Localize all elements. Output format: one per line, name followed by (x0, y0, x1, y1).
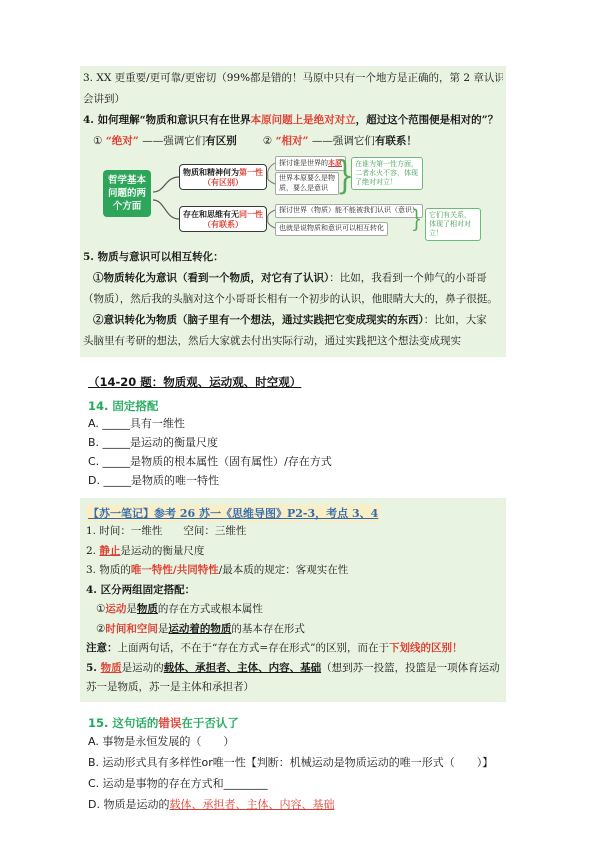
branch2-sub: （有联系） (181, 219, 265, 229)
q15-option-c: C. 运动是事物的存在方式和________ (88, 773, 506, 794)
item-4-post: ，超过这个范围便是相对的”？ (356, 114, 499, 126)
circled-2-group: ② “相对” ——强调它们有联系！ (263, 135, 417, 147)
section-question-15: 15. 这句话的错误在于否认了 A. 事物是永恒发展的（ ） B. 运动形式具有… (80, 716, 506, 815)
note-2-post: 是运动的衡量尺度 (120, 545, 204, 557)
note-5-pre: ① (96, 603, 105, 615)
note-7-red: 下划线的区别！ (389, 642, 463, 654)
note2-text: 它们有关系，体现了相对对立！ (429, 211, 471, 237)
sub2b-text: 也就是说物质和意识可以相互转化 (279, 224, 384, 232)
item-5-title: 5. 物质与意识可以相互转化： (83, 247, 503, 268)
note-line-4: 4. 区分两组固定搭配： (86, 581, 500, 601)
branch1-line1: 物质和精神何为第一性 (181, 167, 265, 177)
root-node-label: 哲学基本问题的两个方面 (108, 175, 146, 212)
absolute-term: “绝对” (106, 135, 139, 147)
item-4-pre: 4. 如何理解“物质和意识只有在世界 (83, 114, 251, 126)
section-basic-question: 3. XX 更重要/更可靠/更密切（99%都是错的！马原中只有一个地方是正确的，… (80, 66, 506, 357)
note-5-red: 运动 (105, 603, 126, 615)
branch1-pre: 物质和精神何为 (183, 167, 239, 177)
note-line-9: 苏一是物质，苏一是主体和承担者） (86, 678, 500, 698)
q15-option-a-text: A. 事物是永恒发展的（ ） (88, 735, 234, 748)
item-3-line-2: 会讲到） (83, 89, 503, 110)
item-3-line-1: 3. XX 更重要/更可靠/更密切（99%都是错的！马原中只有一个地方是正确的，… (83, 68, 503, 89)
branch2-pre: 存在和思维有无 (183, 209, 239, 219)
notes-title: 【苏一笔记】参考 26 苏一《思维导图》P2-3，考点 3、4 (86, 505, 380, 522)
item-3-text: 3. XX 更重要/更可靠/更密切（99%都是错的！马原中只有一个地方是正确的，… (83, 72, 503, 84)
item-5-title-text: 5. 物质与意识可以相互转化： (83, 251, 224, 263)
circled-1: ① (93, 135, 106, 147)
note-7-bold: 注意： (86, 642, 118, 654)
note-3-post: /最本质的规定：客观实在性 (219, 564, 349, 576)
note-8-mid: 是运动的 (122, 662, 164, 674)
item-5-line-1: ①物质转化为意识（看到一个物质，对它有了认识）：比如，我看到一个帅气的小哥哥 (83, 268, 503, 289)
suyi-notes-box: 【苏一笔记】参考 26 苏一《思维导图》P2-3，考点 3、4 1. 时间：一维… (80, 498, 506, 702)
item-5-line-3: ②意识转化为物质（脑子里有一个想法，通过实践把它变成现实的东西）：比如，大家 (83, 310, 503, 331)
note-6-pre: ② (96, 623, 105, 635)
q14-option-b-text: B. _____是运动的衡量尺度 (88, 436, 218, 449)
relative-bold: 有联系！ (375, 135, 417, 147)
circled-2: ② (263, 135, 276, 147)
q15-option-d-pre: D. 物质是运动的 (88, 798, 169, 811)
item-5-l1-bold: ①物质转化为意识（看到一个物质，对它有了认识） (93, 272, 329, 284)
note-5-mid: 是 (126, 603, 137, 615)
q15-option-d-red: 载体、承担者、主体、内容、基础 (169, 798, 334, 811)
item-5-l4-text: 头脑里有考研的想法，然后大家就去付出实际行动，通过实践把这个想法变成现实 (83, 335, 461, 347)
sub-node-origin-detail: 世界本原要么是物质，要么是意识 (275, 172, 339, 195)
document-page: 3. XX 更重要/更可靠/更密切（99%都是错的！马原中只有一个地方是正确的，… (0, 0, 596, 842)
branch1-red: 第一性 (239, 167, 263, 177)
q15-option-b: B. 运动形式具有多样性or唯一性【判断：机械运动是物质运动的唯一形式（ ）】 (88, 752, 506, 773)
question-14-title-text: 14. 固定搭配 (88, 399, 158, 413)
sub1a-pre: 探讨谁是世界的 (279, 159, 328, 167)
item-5-line-4: 头脑里有考研的想法，然后大家就去付出实际行动，通过实践把这个想法变成现实 (83, 331, 503, 352)
document-content: 3. XX 更重要/更可靠/更密切（99%都是错的！马原中只有一个地方是正确的，… (80, 66, 506, 815)
q15-option-d: D. 物质是运动的载体、承担者、主体、内容、基础 (88, 794, 506, 815)
note-6-post: 的基本存在形式 (231, 623, 305, 635)
root-node: 哲学基本问题的两个方面 (103, 170, 151, 217)
note-8-post: （想到苏一投篮，投篮是一项体育运动， (321, 662, 500, 674)
q14-option-d: D. _____是物质的唯一特性 (88, 471, 506, 490)
note-8-underlined: 载体、承担者、主体、内容、基础 (164, 662, 322, 674)
branch2-red: 同一性 (239, 209, 263, 219)
note-absolute-opposition: 在谁为第一性方面，二者水火不容，体现了绝对对立！ (351, 157, 423, 190)
q15-option-b-text: B. 运动形式具有多样性or唯一性【判断：机械运动是物质运动的唯一形式（ ）】 (88, 756, 493, 769)
note-1-text: 1. 时间：一维性 空间：三维性 (86, 525, 246, 537)
q14-option-a-text: A. _____具有一维性 (88, 417, 185, 430)
note-2-pre: 2. (86, 545, 99, 557)
absolute-bold: 有区别 (205, 135, 237, 147)
q15-option-c-text: C. 运动是事物的存在方式和________ (88, 777, 268, 790)
q14-option-b: B. _____是运动的衡量尺度 (88, 433, 506, 452)
question-range-header: （14-20 题：物质观、运动观、时空观） (88, 374, 301, 390)
question-15-title: 15. 这句话的错误在于否认了 (88, 716, 506, 731)
note-9-text: 苏一是物质，苏一是主体和承担者） (86, 681, 254, 693)
note-2-red: 静止 (99, 545, 120, 557)
note-4-text: 4. 区分两组固定搭配： (86, 584, 195, 596)
sub2a-text: 探讨世界（物质）能不能被我们认识（意识） (279, 206, 419, 214)
sub1b-text: 世界本原要么是物质，要么是意识 (279, 174, 335, 192)
q15-title-red: 错误 (158, 716, 181, 730)
q15-option-a: A. 事物是永恒发展的（ ） (88, 731, 506, 752)
brace-icon: } (411, 206, 422, 232)
note-3-pre: 3. 物质的 (86, 564, 131, 576)
note-line-3: 3. 物质的唯一特性/共同特性/最本质的规定：客观实在性 (86, 561, 500, 581)
note-line-2: 2. 静止是运动的衡量尺度 (86, 542, 500, 562)
branch2-line1: 存在和思维有无同一性 (181, 209, 265, 219)
note-6-underlined: 运动着的物质 (168, 623, 231, 635)
item-3-text-cont: 会讲到） (83, 93, 125, 105)
note1-text: 在谁为第一性方面，二者水火不容，体现了绝对对立！ (355, 160, 418, 186)
branch1-sub: （有区别） (181, 177, 265, 187)
note-line-1: 1. 时间：一维性 空间：三维性 (86, 522, 500, 542)
note-5-post: 的存在方式或根本属性 (158, 603, 263, 615)
sub-node-transform: 也就是说物质和意识可以相互转化 (275, 222, 388, 236)
note-line-6: ②时间和空间是运动着的物质的基本存在形式 (86, 620, 500, 640)
philosophy-mindmap-diagram: 哲学基本问题的两个方面 物质和精神何为第一性 （有区别） 存在和思维有无同一性 … (83, 154, 503, 244)
item-5-l3-rest: ：比如，大家 (424, 314, 487, 326)
item-4-sub-line: ① “绝对” ——强调它们有区别② “相对” ——强调它们有联系！ (83, 131, 503, 152)
q14-option-c: C. _____是物质的根本属性（固有属性）/存在方式 (88, 452, 506, 471)
q15-title-post: 在于否认了 (181, 716, 239, 730)
item-5-line-2: （物质），然后我的头脑对这个小哥哥长相有一个初步的认识，他眼睛大大的，鼻子很挺。 (83, 289, 503, 310)
q14-option-d-text: D. _____是物质的唯一特性 (88, 474, 219, 487)
range-header-text: （14-20 题：物质观、运动观、时空观） (88, 375, 301, 389)
note-line-5: ①运动是物质的存在方式或根本属性 (86, 600, 500, 620)
note-8-red: 物质 (101, 662, 122, 674)
relative-desc: ——强调它们 (309, 135, 375, 147)
note-3-red: 唯一特性/共同特性 (131, 564, 219, 576)
note-line-7: 注意：上面两句话，不在于“存在方式=存在形式”的区别，而在于下划线的区别！ (86, 639, 500, 659)
item-5-l1-rest: ：比如，我看到一个帅气的小哥哥 (329, 272, 487, 284)
question-14-title: 14. 固定搭配 (88, 399, 506, 414)
note-6-mid: 是 (158, 623, 169, 635)
note-8-pre: 5. (86, 662, 101, 674)
note-5-underlined: 物质 (137, 603, 158, 615)
sub-node-cognition: 探讨世界（物质）能不能被我们认识（意识） (275, 204, 423, 218)
branch-first-nature: 物质和精神何为第一性 （有区别） (179, 164, 267, 190)
item-4-line: 4. 如何理解“物质和意识只有在世界本原问题上是绝对对立，超过这个范围便是相对的… (83, 110, 503, 131)
branch-identity: 存在和思维有无同一性 （有联系） (179, 206, 267, 232)
item-5-l2-text: （物质），然后我的头脑对这个小哥哥长相有一个初步的认识，他眼睛大大的，鼻子很挺。 (83, 293, 498, 305)
q14-option-c-text: C. _____是物质的根本属性（固有属性）/存在方式 (88, 455, 332, 468)
notes-title-row: 【苏一笔记】参考 26 苏一《思维导图》P2-3，考点 3、4 (86, 502, 500, 522)
section-question-14: （14-20 题：物质观、运动观、时空观） 14. 固定搭配 A. _____具… (80, 371, 506, 490)
q15-title-pre: 15. 这句话的 (88, 716, 158, 730)
item-4-red: 本原问题上是绝对对立 (251, 114, 356, 126)
note-line-8: 5. 物质是运动的载体、承担者、主体、内容、基础（想到苏一投篮，投篮是一项体育运… (86, 659, 500, 679)
note-7-mid: 上面两句话，不在于“存在方式=存在形式”的区别，而在于 (118, 642, 390, 654)
item-5-l3-bold: ②意识转化为物质（脑子里有一个想法，通过实践把它变成现实的东西） (93, 314, 424, 326)
relative-term: “相对” (275, 135, 308, 147)
q14-option-a: A. _____具有一维性 (88, 414, 506, 433)
note-6-red: 时间和空间 (105, 623, 158, 635)
absolute-desc: ——强调它们 (139, 135, 205, 147)
note-relative-opposition: 它们有关系，体现了相对对立！ (425, 208, 481, 241)
